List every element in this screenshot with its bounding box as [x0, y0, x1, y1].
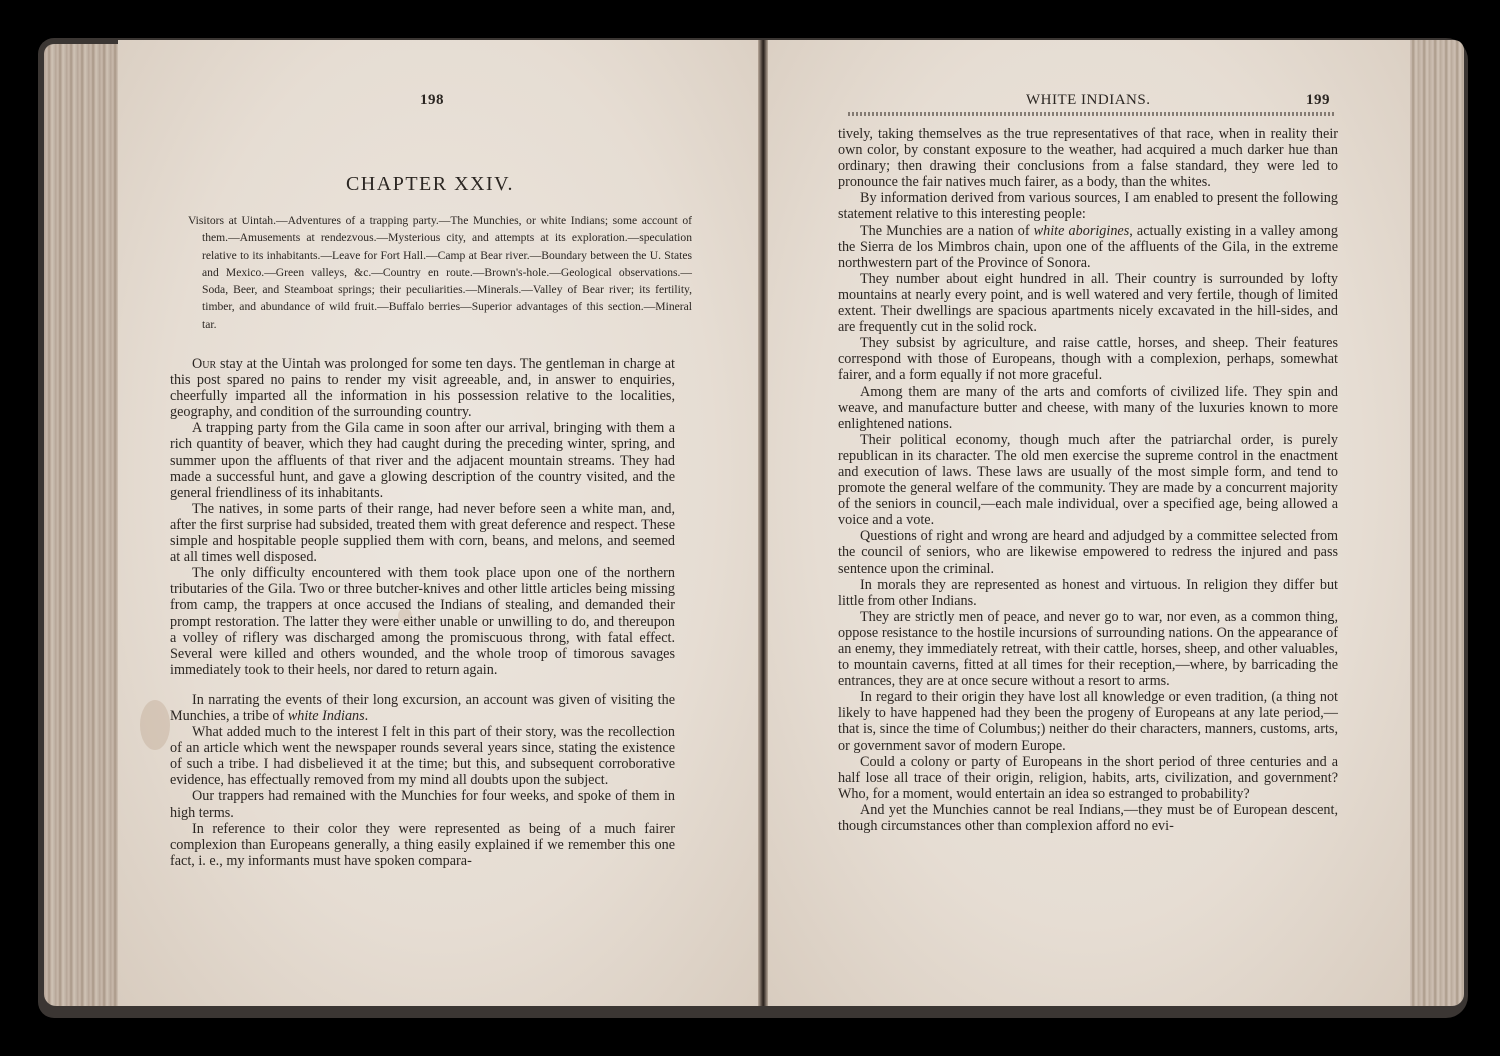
drop-lead-word: Our: [192, 356, 216, 372]
right-page-body: tively, taking themselves as the true re…: [838, 126, 1338, 834]
paragraph: What added much to the interest I felt i…: [170, 724, 675, 788]
right-page-number: 199: [1306, 92, 1330, 109]
chapter-synopsis: Visitors at Uintah.—Adventures of a trap…: [188, 212, 692, 333]
paragraph: In narrating the events of their long ex…: [170, 692, 675, 724]
paragraph: The natives, in some parts of their rang…: [170, 501, 675, 565]
paragraph: And yet the Munchies cannot be real Indi…: [838, 802, 1338, 834]
paragraph: Our stay at the Uintah was prolonged for…: [170, 356, 675, 420]
paragraph: tively, taking themselves as the true re…: [838, 126, 1338, 190]
running-head: WHITE INDIANS.: [1026, 92, 1150, 109]
paragraph-text: The Munchies are a nation of: [860, 223, 1034, 239]
italic-emphasis: white Indians: [288, 708, 365, 724]
paragraph: In reference to their color they were re…: [170, 821, 675, 869]
paragraph: In regard to their origin they have lost…: [838, 689, 1338, 753]
paragraph: Could a colony or party of Europeans in …: [838, 754, 1338, 802]
paragraph-text: .: [365, 708, 369, 724]
paragraph: Their political economy, though much aft…: [838, 432, 1338, 529]
book-gutter: [758, 40, 768, 1006]
paragraph: The Munchies are a nation of white abori…: [838, 223, 1338, 271]
paragraph: Questions of right and wrong are heard a…: [838, 528, 1338, 576]
left-page-number: 198: [420, 92, 444, 109]
paragraph: Among them are many of the arts and comf…: [838, 384, 1338, 432]
paragraph: They number about eight hundred in all. …: [838, 271, 1338, 335]
paragraph: In morals they are represented as honest…: [838, 577, 1338, 609]
paragraph: The only difficulty encountered with the…: [170, 565, 675, 678]
left-page-body: Our stay at the Uintah was prolonged for…: [170, 356, 675, 869]
chapter-title: CHAPTER XXIV.: [170, 173, 690, 196]
italic-emphasis: white aborigines: [1034, 223, 1130, 239]
left-page-edges: [44, 44, 124, 1006]
paragraph: Our trappers had remained with the Munch…: [170, 788, 675, 820]
paragraph: They are strictly men of peace, and neve…: [838, 609, 1338, 689]
paragraph: They subsist by agriculture, and raise c…: [838, 335, 1338, 383]
paragraph-text: stay at the Uintah was prolonged for som…: [170, 356, 675, 420]
page-stain: [140, 700, 170, 750]
paragraph-text: In narrating the events of their long ex…: [170, 692, 675, 724]
wavy-header-rule: [848, 112, 1334, 116]
paragraph: By information derived from various sour…: [838, 190, 1338, 222]
paragraph: A trapping party from the Gila came in s…: [170, 420, 675, 500]
right-page-edges: [1408, 40, 1464, 1006]
